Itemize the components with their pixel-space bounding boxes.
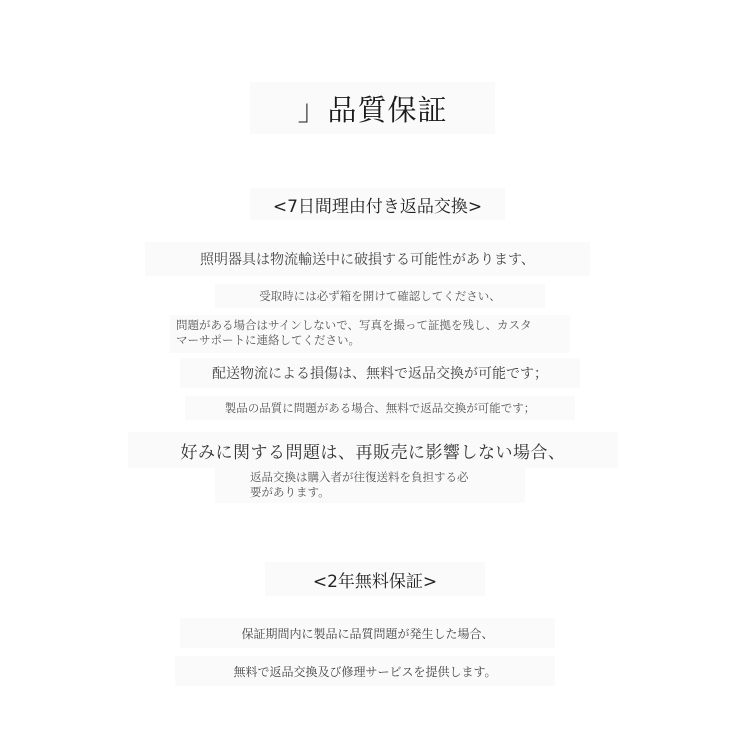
return-exchange-heading: <7日間理由付き返品交換> (250, 188, 505, 220)
warranty-heading: <2年無料保証> (265, 562, 485, 596)
return-shipping-line-2: 要があります。 (250, 485, 525, 500)
warranty-service: 無料で返品交換及び修理サービスを提供します。 (175, 656, 555, 686)
page-title: 」品質保証 (250, 82, 495, 134)
inspect-on-receipt-notice: 受取時には必ず箱を開けて確認してください、 (215, 284, 545, 308)
return-shipping-line-1: 返品交換は購入者が往復送料を負担する必 (250, 470, 525, 485)
contact-support-line-2: マーサポートに連絡してください。 (176, 333, 570, 348)
logistics-damage-policy: 配送物流による損傷は、無料で返品交換が可能です； (180, 358, 580, 388)
quality-issue-policy: 製品の品質に問題がある場合、無料で返品交換が可能です； (185, 396, 575, 420)
preference-issue-policy: 好みに関する問題は、再販売に影響しない場合、 (128, 432, 618, 468)
contact-support-line-1: 問題がある場合はサインしないで、写真を撮って証拠を残し、カスタ (176, 318, 570, 333)
warranty-condition: 保証期間内に製品に品質問題が発生した場合、 (180, 618, 555, 648)
return-shipping-cost-notice: 返品交換は購入者が往復送料を負担する必 要があります。 (215, 467, 525, 503)
shipping-damage-notice: 照明器具は物流輸送中に破損する可能性があります、 (145, 242, 590, 276)
contact-support-notice: 問題がある場合はサインしないで、写真を撮って証拠を残し、カスタ マーサポートに連… (170, 315, 570, 353)
